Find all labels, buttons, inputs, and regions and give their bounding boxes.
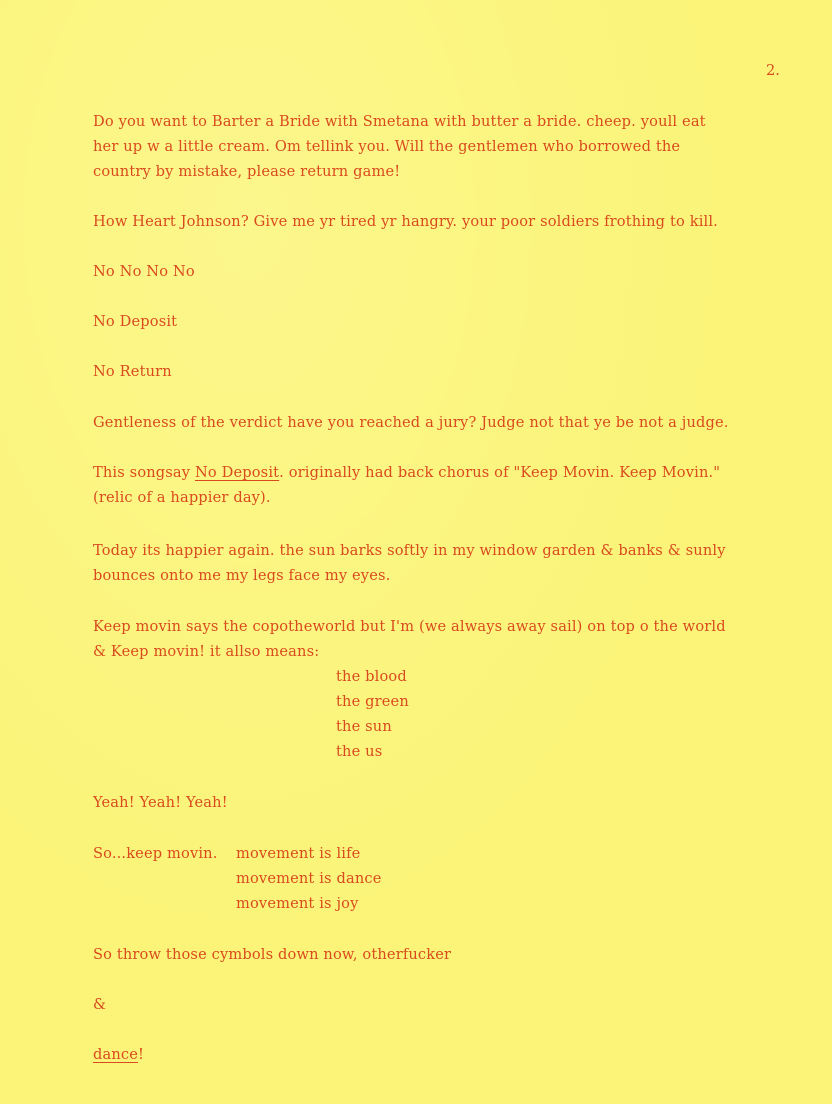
paragraph-7-line-2: (relic of a happier day).	[93, 489, 271, 507]
paragraph-14-line-1: dance!	[93, 1046, 144, 1064]
means-list-item: the sun	[336, 718, 392, 736]
paragraph-7-suffix: . originally had back chorus of "Keep Mo…	[279, 464, 720, 481]
paragraph-1-line-1: Do you want to Barter a Bride with Smeta…	[93, 113, 706, 131]
paragraph-11-prefix: So...keep movin.	[93, 845, 218, 863]
paragraph-9-line-2: & Keep movin! it allso means:	[93, 643, 319, 661]
paragraph-7-prefix: This songsay	[93, 464, 195, 481]
dance-underlined: dance	[93, 1046, 138, 1063]
song-title-underlined: No Deposit	[195, 464, 279, 481]
movement-list-item: movement is joy	[236, 895, 359, 913]
paragraph-8-line-1: Today its happier again. the sun barks s…	[93, 542, 726, 560]
paragraph-1-line-2: her up w a little cream. Om tellink you.…	[93, 138, 680, 156]
paragraph-12-line-1: So throw those cymbols down now, otherfu…	[93, 946, 451, 964]
paragraph-10-line-1: Yeah! Yeah! Yeah!	[93, 794, 228, 812]
paragraph-9-line-1: Keep movin says the copotheworld but I'm…	[93, 618, 726, 636]
paragraph-7-line-1: This songsay No Deposit. originally had …	[93, 464, 720, 482]
means-list-item: the green	[336, 693, 409, 711]
paragraph-8-line-2: bounces onto me my legs face my eyes.	[93, 567, 390, 585]
paragraph-6-line-1: Gentleness of the verdict have you reach…	[93, 414, 729, 432]
paragraph-13-line-1: &	[93, 996, 106, 1014]
paragraph-4-line-1: No Deposit	[93, 313, 177, 331]
means-list-item: the blood	[336, 668, 407, 686]
page-number: 2.	[766, 62, 780, 79]
paragraph-1-line-3: country by mistake, please return game!	[93, 163, 400, 181]
movement-list-item: movement is dance	[236, 870, 381, 888]
movement-list-item: movement is life	[236, 845, 360, 863]
paragraph-2-line-1: How Heart Johnson? Give me yr tired yr h…	[93, 213, 718, 231]
typewritten-page: 2. Do you want to Barter a Bride with Sm…	[0, 0, 832, 1104]
paragraph-5-line-1: No Return	[93, 363, 172, 381]
dance-suffix: !	[138, 1046, 144, 1063]
means-list-item: the us	[336, 743, 382, 761]
paragraph-3-line-1: No No No No	[93, 263, 195, 281]
